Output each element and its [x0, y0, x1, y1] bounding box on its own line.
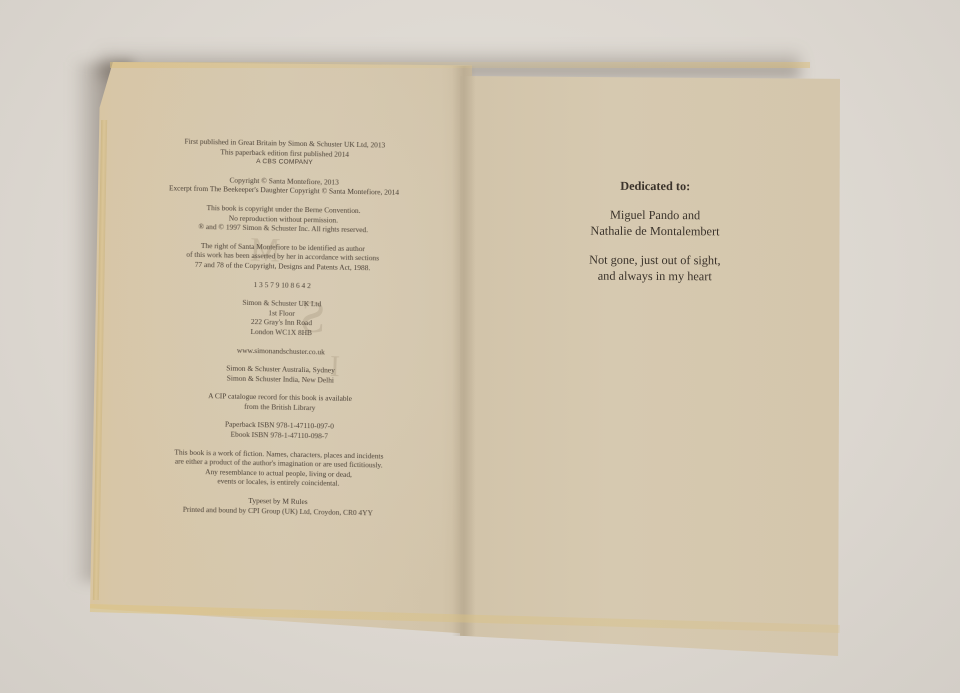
- imprint-line: www.simonandschuster.co.uk: [146, 343, 416, 358]
- dedication-verse-line: Not gone, just out of sight,: [540, 251, 770, 269]
- imprint-block-cip: A CIP catalogue record for this book is …: [145, 390, 415, 414]
- dedication-verse-line: and always in my heart: [540, 267, 770, 285]
- imprint-block-print-line: 1 3 5 7 9 10 8 6 4 2: [147, 278, 417, 293]
- copyright-imprint: First published in Great Britain by Simo…: [143, 136, 420, 527]
- imprint-block-offices: Simon & Schuster Australia, Sydney Simon…: [145, 362, 415, 386]
- dedication-names: Miguel Pando and Nathalie de Montalember…: [540, 206, 770, 240]
- dedication-verse: Not gone, just out of sight, and always …: [540, 251, 770, 285]
- dedication-name-line: Miguel Pando and: [540, 206, 770, 224]
- dedication-name-line: Nathalie de Montalembert: [540, 222, 770, 240]
- imprint-block-moral-rights: The right of Santa Montefiore to be iden…: [147, 240, 418, 274]
- page-top-edge: [110, 62, 810, 68]
- right-page: [460, 76, 840, 656]
- imprint-block-berne: This book is copyright under the Berne C…: [148, 202, 419, 236]
- dedication-heading: Dedicated to:: [540, 177, 770, 195]
- dedication: Dedicated to: Miguel Pando and Nathalie …: [540, 177, 771, 285]
- imprint-block-address: Simon & Schuster UK Ltd 1st Floor 222 Gr…: [146, 296, 417, 340]
- imprint-block-isbn: Paperback ISBN 978-1-47110-097-0 Ebook I…: [144, 418, 414, 442]
- imprint-block-copyright: Copyright © Santa Montefiore, 2013 Excer…: [149, 174, 419, 198]
- book-gutter: [452, 66, 476, 636]
- imprint-block-typesetting: Typeset by M Rules Printed and bound by …: [143, 494, 413, 518]
- imprint-block-website: www.simonandschuster.co.uk: [146, 343, 416, 358]
- imprint-block-publication: First published in Great Britain by Simo…: [149, 136, 420, 170]
- imprint-line: 1 3 5 7 9 10 8 6 4 2: [147, 278, 417, 293]
- imprint-block-fiction-disclaimer: This book is a work of fiction. Names, c…: [143, 447, 414, 491]
